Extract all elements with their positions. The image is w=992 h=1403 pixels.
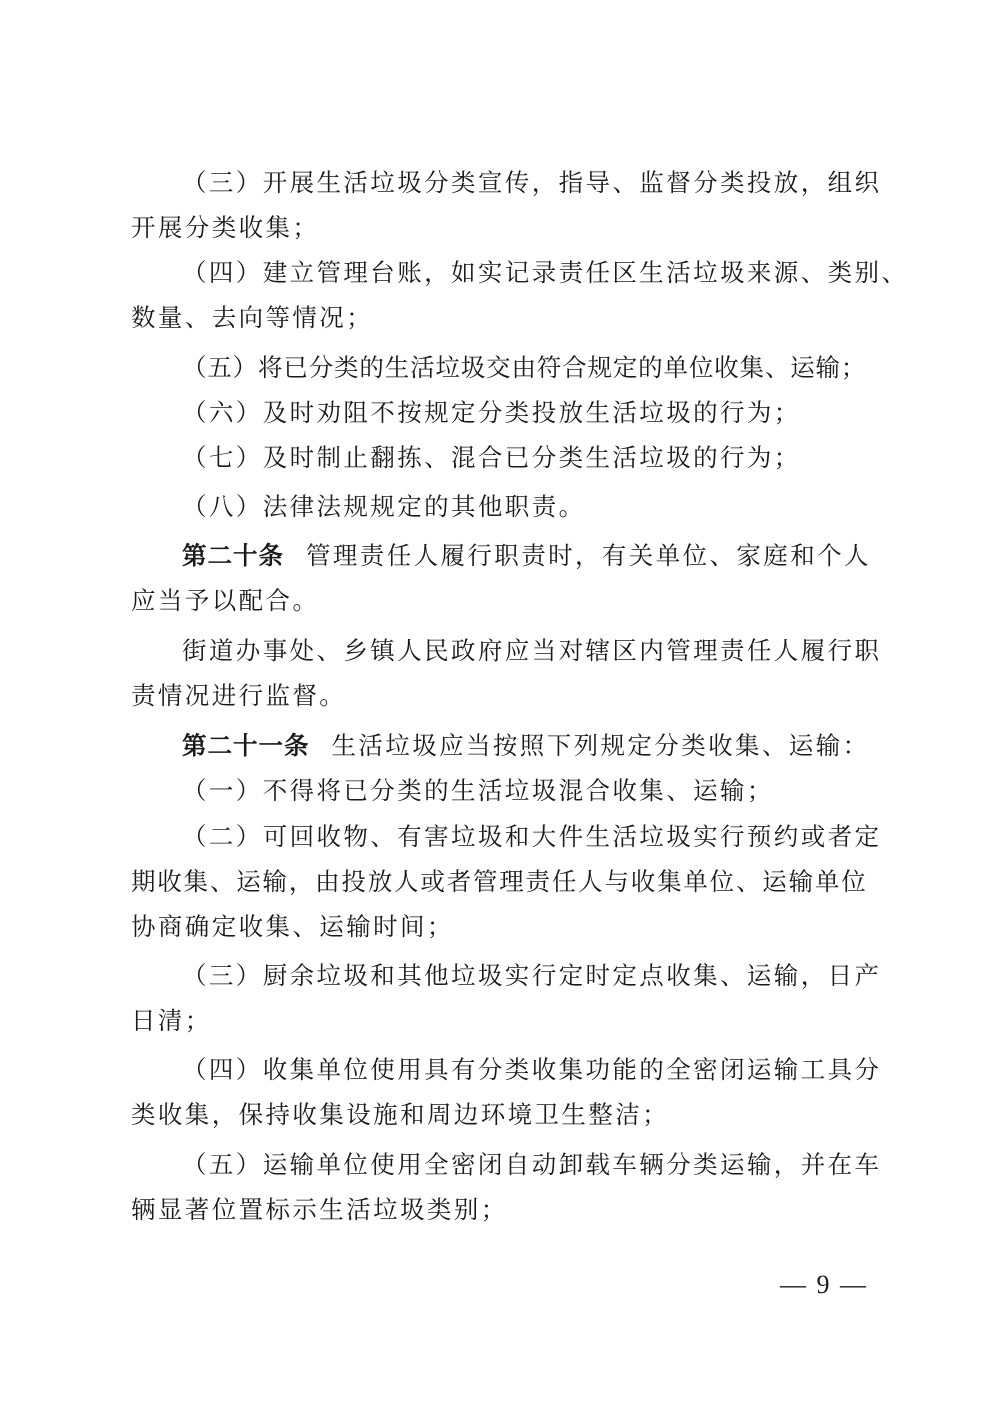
article-21-clause-2-line-3: 协商确定收集、运输时间； xyxy=(131,912,866,942)
article-20-heading: 第二十条 xyxy=(182,541,284,570)
article-20-line-1: 第二十条管理责任人履行职责时，有关单位、家庭和个人 xyxy=(182,541,866,571)
clause-6-line: （六）及时劝阻不按规定分类投放生活垃圾的行为； xyxy=(182,398,866,428)
article-20-text: 管理责任人履行职责时，有关单位、家庭和个人 xyxy=(306,541,871,570)
clause-8-line: （八）法律法规规定的其他职责。 xyxy=(182,492,866,522)
article-21-line-1: 第二十一条生活垃圾应当按照下列规定分类收集、运输： xyxy=(182,731,866,761)
article-21-clause-4-line-1: （四）收集单位使用具有分类收集功能的全密闭运输工具分 xyxy=(182,1055,866,1085)
document-page: （三）开展生活垃圾分类宣传，指导、监督分类投放，组织 开展分类收集； （四）建立… xyxy=(0,0,992,1403)
clause-4-line-2: 数量、去向等情况； xyxy=(131,303,866,333)
article-21-clause-1: （一）不得将已分类的生活垃圾混合收集、运输； xyxy=(182,776,866,806)
page-number: — 9 — xyxy=(780,1270,868,1300)
clause-5-line: （五）将已分类的生活垃圾交由符合规定的单位收集、运输； xyxy=(182,353,866,383)
article-21-clause-5-line-1: （五）运输单位使用全密闭自动卸载车辆分类运输，并在车 xyxy=(182,1150,866,1180)
article-21-clause-5-line-2: 辆显著位置标示生活垃圾类别； xyxy=(131,1195,866,1225)
clause-3-line-2: 开展分类收集； xyxy=(131,213,866,243)
article-21-clause-2-line-1: （二）可回收物、有害垃圾和大件生活垃圾实行预约或者定 xyxy=(182,822,866,852)
article-21-text: 生活垃圾应当按照下列规定分类收集、运输： xyxy=(332,731,870,760)
article-21-heading: 第二十一条 xyxy=(182,731,310,760)
article-21-clause-2-line-2: 期收集、运输，由投放人或者管理责任人与收集单位、运输单位 xyxy=(131,867,866,897)
clause-7-line: （七）及时制止翻拣、混合已分类生活垃圾的行为； xyxy=(182,443,866,473)
article-20-para-2-line-2: 责情况进行监督。 xyxy=(131,681,866,711)
article-21-clause-4-line-2: 类收集，保持收集设施和周边环境卫生整洁； xyxy=(131,1100,866,1130)
article-20-line-2: 应当予以配合。 xyxy=(131,586,866,616)
clause-4-line-1: （四）建立管理台账，如实记录责任区生活垃圾来源、类别、 xyxy=(182,258,866,288)
clause-3-line-1: （三）开展生活垃圾分类宣传，指导、监督分类投放，组织 xyxy=(182,168,866,198)
article-21-clause-3-line-1: （三）厨余垃圾和其他垃圾实行定时定点收集、运输，日产 xyxy=(182,961,866,991)
article-21-clause-3-line-2: 日清； xyxy=(131,1006,866,1036)
article-20-para-2-line-1: 街道办事处、乡镇人民政府应当对辖区内管理责任人履行职 xyxy=(182,636,866,666)
